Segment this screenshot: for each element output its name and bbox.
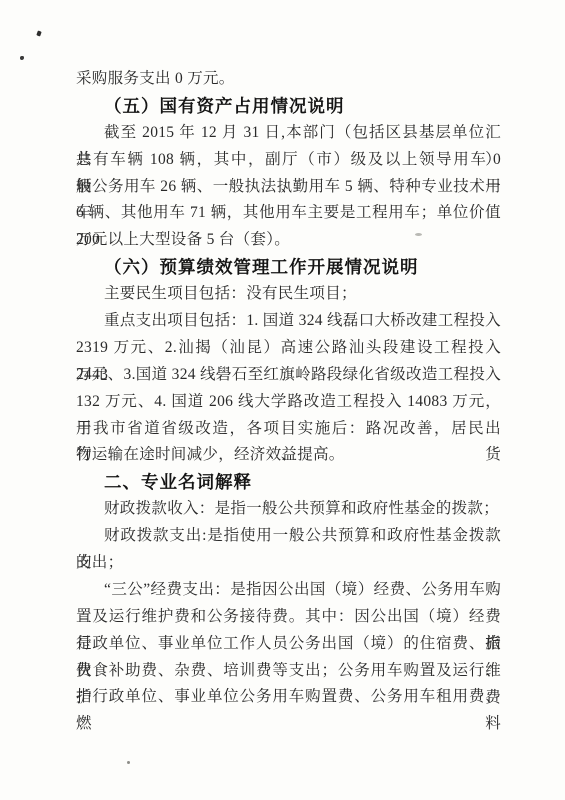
text-line: 6 辆、其他用车 71 辆，其他用车主要是工程用车；单位价值 200 [76, 200, 501, 227]
text-line: 于我市省道省级改造，各项目实施后：路况改善，居民出行、货 [76, 416, 501, 443]
ink-speck [20, 56, 24, 60]
text-line: 共有车辆 108 辆，其中，副厅（市）级及以上领导用车 0 辆、一 [76, 147, 501, 174]
text-line: 2319 万元、2.汕揭（汕昆）高速公路汕头段建设工程投入 2443 [76, 335, 501, 362]
text-line: 伙食补助费、杂费、培训费等支出；公务用车购置及运行维护费 [76, 658, 501, 685]
text-line: 万元以上大型设备 5 台（套）。 [76, 227, 501, 254]
text-line: 般公务用车 26 辆、一般执法执勤用车 5 辆、特种专业技术用车 [76, 174, 501, 201]
document-page: 采购服务支出 0 万元。 （五）国有资产占用情况说明 截至 2015 年 12 … [0, 0, 565, 800]
ink-speck [127, 761, 130, 764]
text-line: “三公”经费支出：是指因公出国（境）经费、公务用车购 [76, 577, 501, 604]
text-line: 财政拨款支出:是指使用一般公共预算和政府性基金拨款的 [76, 523, 501, 550]
text-line: 132 万元、4. 国道 206 线大学路改造工程投入 14083 万元，用 [76, 389, 501, 416]
text-line: 指行政单位、事业单位公务用车购置费、公务用车租用费、燃料 [76, 684, 501, 711]
ink-speck [36, 30, 41, 36]
text-line: 重点支出项目包括：1. 国道 324 线磊口大桥改建工程投入 [76, 308, 501, 335]
section-heading: （六）预算绩效管理工作开展情况说明 [76, 254, 501, 281]
section-heading: （五）国有资产占用情况说明 [76, 93, 501, 120]
text-line: 截至 2015 年 12 月 31 日,本部门（包括区县基层单位汇总） [76, 120, 501, 147]
text-line: 置及运行维护费和公务接待费。其中：因公出国（境）经费是指 [76, 604, 501, 631]
text-line: 财政拨款收入：是指一般公共预算和政府性基金的拨款； [76, 496, 501, 523]
text-line: 主要民生项目包括：没有民生项目； [76, 281, 501, 308]
text-line: 万元、3.国道 324 线礐石至红旗岭路段绿化省级改造工程投入 [76, 362, 501, 389]
text-line: 采购服务支出 0 万元。 [76, 66, 501, 93]
document-body: 采购服务支出 0 万元。 （五）国有资产占用情况说明 截至 2015 年 12 … [76, 66, 501, 711]
text-line: 行政单位、事业单位工作人员公务出国（境）的住宿费、旅费、 [76, 631, 501, 658]
text-line: 支出； [76, 550, 501, 577]
section-heading: 二、专业名词解释 [76, 469, 501, 496]
